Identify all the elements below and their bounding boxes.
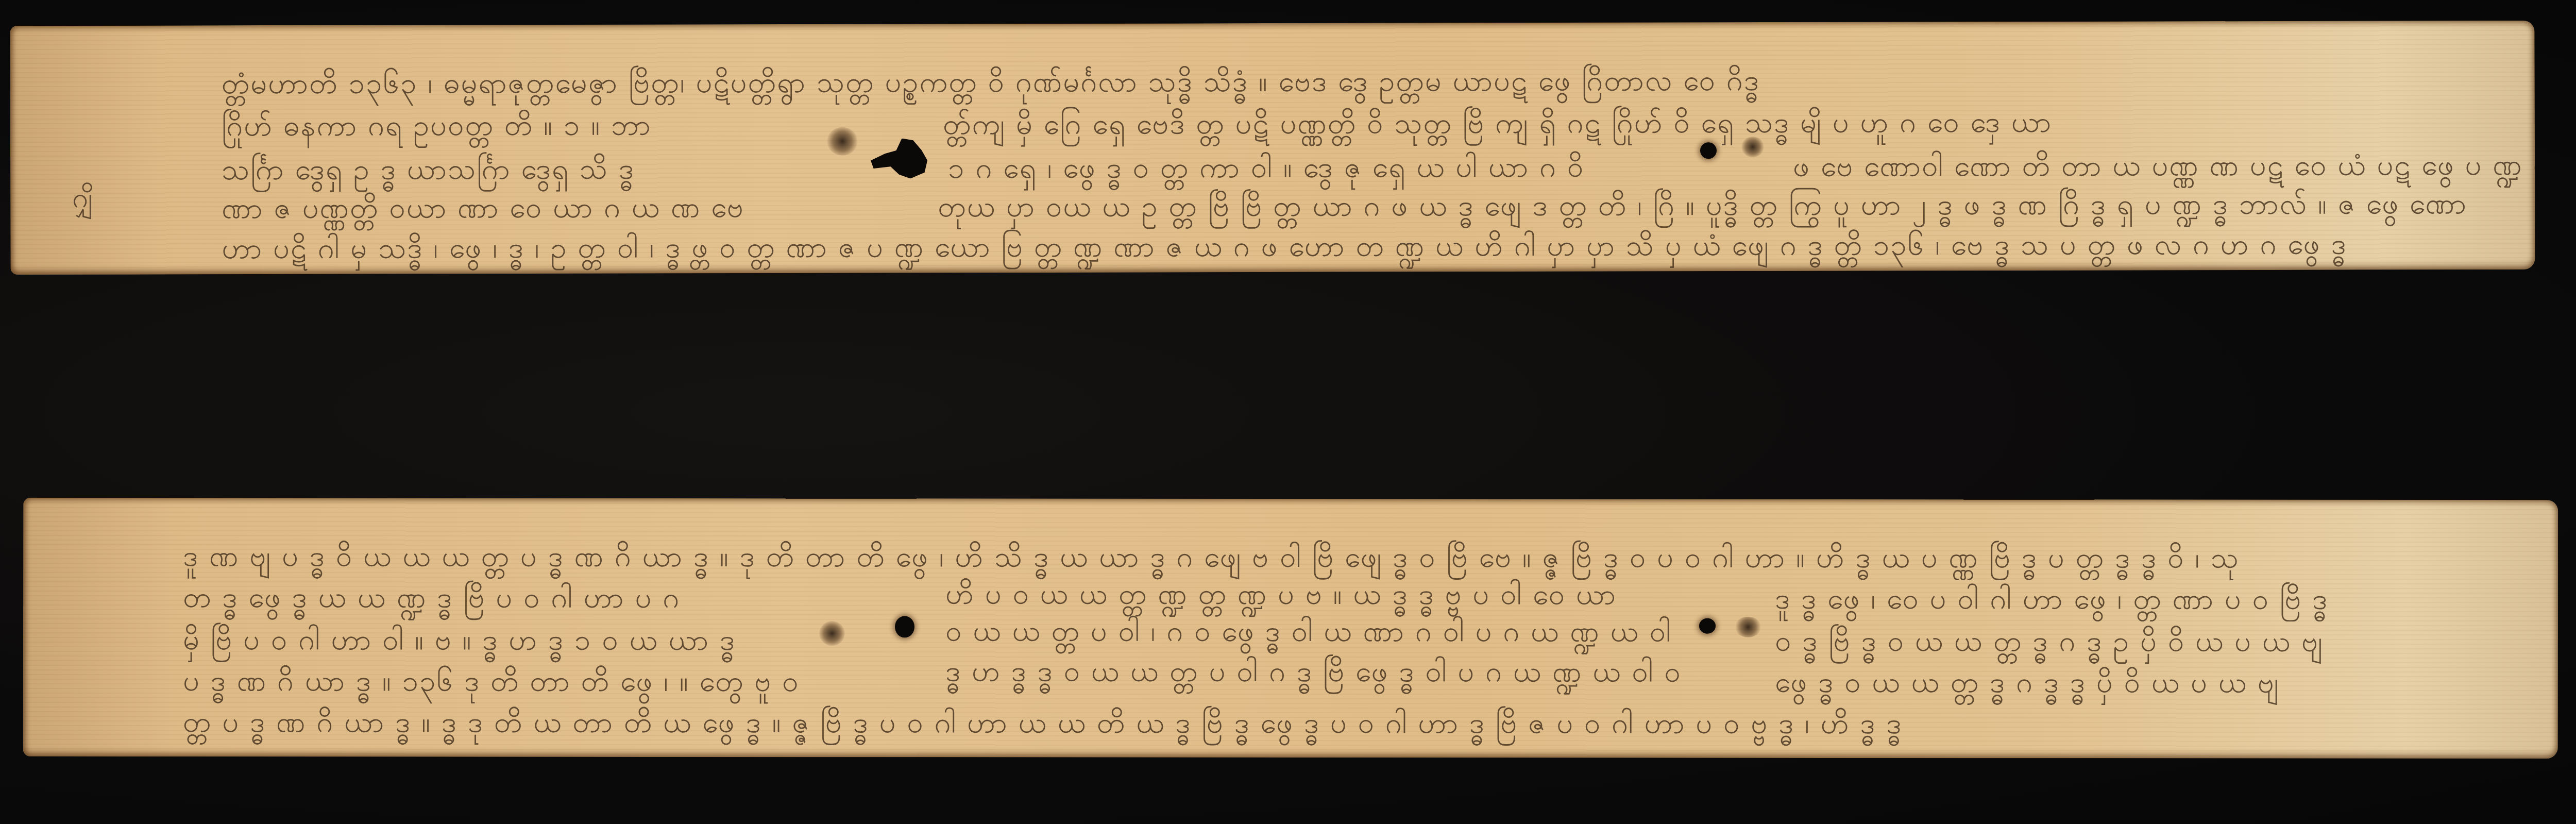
binding-hole-blemish [1741, 137, 1764, 157]
text-line: သင်္ဂြာ ဒွေရှ ဥ ဒ္ဓ ယာသင်္ဂြာ ဒွေရှ သိ ဒ… [222, 151, 635, 194]
text-line: ဒူ ဒ္ဓ ဖွေ ၊ ဝေ ပ ဝါ ဂါ ဟာ ဖွေ ၊ တ္တ ဏာ … [1775, 581, 2328, 624]
text-line: တ္တံမဟာတိ ၁၃၆၃ ၊ ဓမ္မရာဇုတ္တမေဇွာ ဗြိတ္တ… [222, 62, 1760, 108]
text-line: ဒ္ဓ ဟ ဒ္ဓ ဒ္ဓ ဝ ယ ယ တ္တ ပ ဝါ ဂ ဒ္ဓ ဗြိ ဖ… [945, 653, 1682, 696]
text-line: ပ ဒ္ဓ ဏ ဂိ ယာ ဒ္ဓ ။ ၁၃၆ ဒု တိ တာ တိ ဖွေ … [183, 663, 800, 705]
text-line: ၁ ဂ ရှေ ၊ ဖွေ ဒ္ဓ ဝ တ္တ ကာ ဝါ ။ ဒွေ ဇု ရ… [948, 149, 1584, 193]
text-line: တ ဒ္ဓ ဖွေ ဒ္ဓ ယ ယ ဏ္ဍ ဒ္ဓ ဗြိ ပ ဝ ဂါ ဟာ … [183, 579, 680, 622]
text-line: မှိ ဗြိ ပ ဝ ဂါ ဟာ ဝါ ။ ဗ ။ ဒ္ဓ ဟ ဒ္ဓ ၁ ဝ… [183, 621, 736, 664]
text-line: ဟိ ပ ဝ ယ ယ တ္တ ဏ္ဍ တ္တ ဏ္ဍ ပ ဗ ။ ယ ဒ္ဓ ဒ… [945, 576, 1617, 618]
text-line: တ္တ်ကျ မှိ ဂြေ ရှေ ဗေဒိ တ္တ ပဋိ ပဏ္ဏတ္တိ… [943, 104, 2052, 149]
palm-leaf-bottom: ဒူ ဏ ဗျ ပ ဒ္ဓ ဝိ ယ ယ ယ တ္တ ပ ဒ္ဓ ဏ ဂိ ယာ… [23, 498, 2558, 759]
binding-hole-blemish [1735, 617, 1761, 637]
text-line: ဂြိုဟ် ဓနကာ ဂရ ဥပဝတ္တ တိ ။ ၁ ။ ဘာ [222, 107, 652, 150]
text-line: ဏာ ဇ ပဏ္ဏတ္တိ ဝယာ ဏာ ဝေ ယာ ဂ ယ ဏ ဗေ [222, 189, 744, 232]
text-line: ဝ ဒ္ဓ ဗြိ ဒ္ဓ ဝ ယ ယ တ္တ ဒ္ဓ ဂ ဒ္ဓ ဥ ပှိ … [1775, 623, 2324, 666]
text-line: တ္တ ပ ဒ္ဓ ဏ ဂိ ယာ ဒ္ဓ ။ ဒ္ဓ ဒု တိ ယ တာ တ… [183, 704, 1903, 748]
binding-hole-blemish [819, 621, 845, 646]
binding-hole [1700, 142, 1717, 159]
palm-leaf-top: ဂျှိ တ္တံမဟာတိ ၁၃၆၃ ၊ ဓမ္မရာဇုတ္တမေဇွာ ဗ… [10, 21, 2535, 275]
text-line: ဟာ ပဋိ ဂါ မှ သဒ္ဓိ ၊ ဖွေ ၊ ဒ္ဓ ၊ ဥ တ္တ ဝ… [222, 226, 2347, 273]
text-line: ဖ ဗေ ဏောဝါ ဏော တိ တာ ယ ပဏ္ဏ ဏ ပဋ ဝေ ယံ ပ… [1793, 147, 2535, 191]
folio-number: ဂျှိ [72, 180, 94, 221]
binding-hole [871, 138, 927, 178]
text-line: ဝ ယ ယ တ္တ ပ ဝါ ၊ ဂ ဝ ဖွေ ဒ္ဓ ဝါ ယ ဏာ ဂ ဝ… [945, 613, 1672, 655]
binding-hole [895, 616, 914, 637]
manuscript-photo: ဂျှိ တ္တံမဟာတိ ၁၃၆၃ ၊ ဓမ္မရာဇုတ္တမေဇွာ ဗ… [0, 0, 2576, 824]
binding-hole [1699, 618, 1716, 634]
binding-hole-blemish [827, 127, 858, 156]
text-line: ဒူ ဏ ဗျ ပ ဒ္ဓ ဝိ ယ ယ ယ တ္တ ပ ဒ္ဓ ဏ ဂိ ယာ… [183, 538, 2240, 582]
text-line: တုယ ပှာ ဝယ ယ ဥ တ္တ ဗြိ ဗြိ တ္တ ယာ ဂ ဖ ယ … [938, 186, 2467, 231]
text-line: ဖွေ ဒ္ဓ ဝ ယ ယ တ္တ ဒ္ဓ ဂ ဒ္ဓ ဒ္ဓ ပှိ ဝိ ယ… [1775, 664, 2280, 707]
